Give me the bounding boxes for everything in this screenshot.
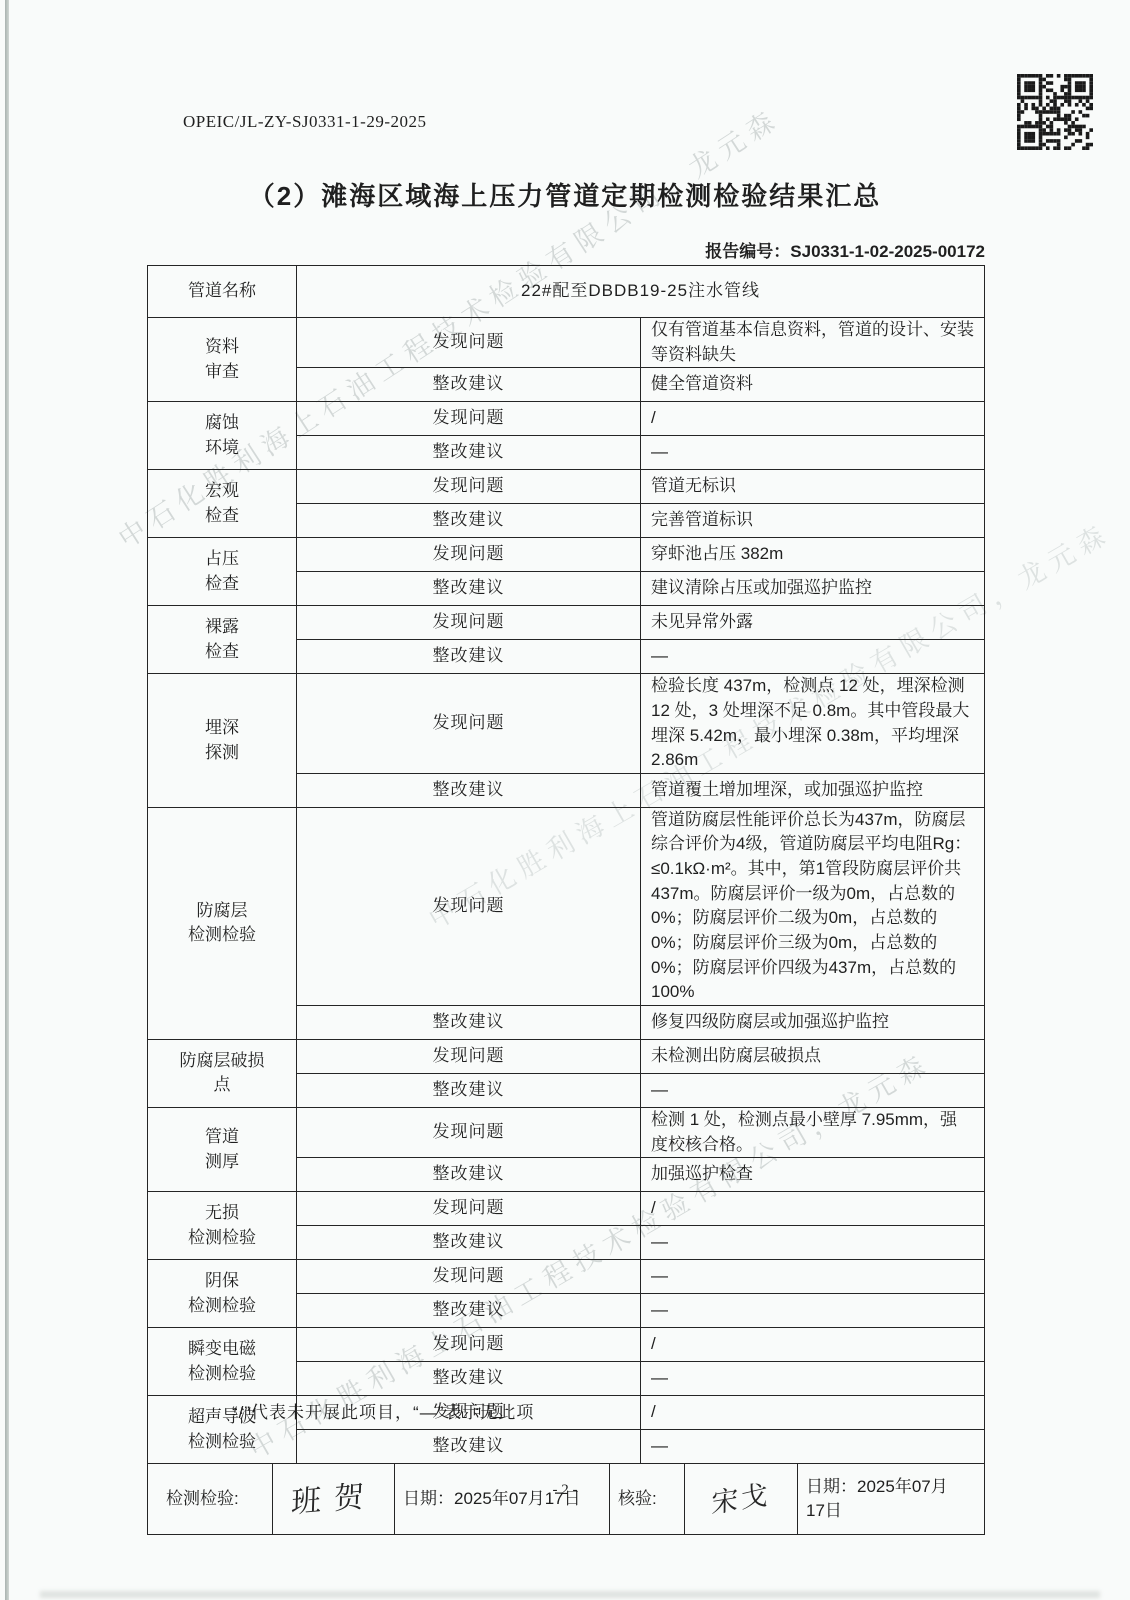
- table-row: 管道 测厚 发现问题 检测 1 处，检测点最小壁厚 7.95mm，强度校核合格。: [148, 1107, 985, 1157]
- suggestion-value: —: [641, 1362, 985, 1396]
- suggestion-label: 整改建议: [297, 1005, 641, 1039]
- section-label: 管道 测厚: [148, 1107, 297, 1191]
- problem-label: 发现问题: [297, 606, 641, 640]
- table-row: 腐蚀 环境 发现问题 /: [148, 402, 985, 436]
- suggestion-value: —: [641, 436, 985, 470]
- suggestion-value: 建议清除占压或加强巡护监控: [641, 572, 985, 606]
- suggestion-label: 整改建议: [297, 640, 641, 674]
- problem-value: /: [641, 1192, 985, 1226]
- problem-value: 管道防腐层性能评价总长为437m，防腐层综合评价为4级，管道防腐层平均电阻Rg：…: [641, 807, 985, 1005]
- section-label: 埋深 探测: [148, 674, 297, 808]
- signoff-row: 检测检验: 班贺 日期：2025年07月17日 核验: 宋戈 日期：2025年0…: [148, 1464, 985, 1535]
- inspector-label: 检测检验:: [158, 1464, 272, 1534]
- table-row: 裸露 检查 发现问题 未见异常外露: [148, 606, 985, 640]
- suggestion-label: 整改建议: [297, 504, 641, 538]
- problem-label: 发现问题: [297, 1260, 641, 1294]
- suggestion-value: —: [641, 1430, 985, 1464]
- inspection-summary-table: 管道名称 22#配至DBDB19-25注水管线 资料 审查 发现问题 仅有管道基…: [147, 265, 985, 1535]
- section-label: 占压 检查: [148, 538, 297, 606]
- problem-value: 检验长度 437m，检测点 12 处，埋深检测 12 处，3 处埋深不足 0.8…: [641, 674, 985, 774]
- page-title: （2）滩海区域海上压力管道定期检测检验结果汇总: [0, 176, 1130, 213]
- problem-label: 发现问题: [297, 470, 641, 504]
- problem-label: 发现问题: [297, 1328, 641, 1362]
- problem-value: —: [641, 1260, 985, 1294]
- suggestion-value: 加强巡护检查: [641, 1158, 985, 1192]
- suggestion-value: —: [641, 1294, 985, 1328]
- section-label: 瞬变电磁 检测检验: [148, 1328, 297, 1396]
- suggestion-label: 整改建议: [297, 572, 641, 606]
- problem-value: /: [641, 402, 985, 436]
- table-row: 宏观 检查 发现问题 管道无标识: [148, 470, 985, 504]
- suggestion-value: 管道覆土增加埋深，或加强巡护监控: [641, 773, 985, 807]
- suggestion-label: 整改建议: [297, 1430, 641, 1464]
- problem-value: 管道无标识: [641, 470, 985, 504]
- problem-value: 检测 1 处，检测点最小壁厚 7.95mm，强度校核合格。: [641, 1107, 985, 1157]
- problem-value: 未见异常外露: [641, 606, 985, 640]
- table-row: 无损 检测检验 发现问题 /: [148, 1192, 985, 1226]
- problem-label: 发现问题: [297, 1107, 641, 1157]
- section-label: 防腐层 检测检验: [148, 807, 297, 1039]
- suggestion-value: 完善管道标识: [641, 504, 985, 538]
- document-code: OPEIC/JL-ZY-SJ0331-1-29-2025: [183, 112, 427, 132]
- problem-value: 未检测出防腐层破损点: [641, 1039, 985, 1073]
- suggestion-value: —: [641, 640, 985, 674]
- suggestion-value: 健全管道资料: [641, 368, 985, 402]
- qr-code-icon: [1017, 74, 1093, 150]
- pipeline-name-row: 管道名称 22#配至DBDB19-25注水管线: [148, 266, 985, 318]
- section-label: 宏观 检查: [148, 470, 297, 538]
- table-row: 瞬变电磁 检测检验 发现问题 /: [148, 1328, 985, 1362]
- section-label: 资料 审查: [148, 318, 297, 402]
- table-row: 埋深 探测 发现问题 检验长度 437m，检测点 12 处，埋深检测 12 处，…: [148, 674, 985, 774]
- suggestion-label: 整改建议: [297, 1362, 641, 1396]
- table-row: 防腐层 检测检验 发现问题 管道防腐层性能评价总长为437m，防腐层综合评价为4…: [148, 807, 985, 1005]
- problem-label: 发现问题: [297, 402, 641, 436]
- suggestion-label: 整改建议: [297, 1073, 641, 1107]
- suggestion-label: 整改建议: [297, 1226, 641, 1260]
- suggestion-label: 整改建议: [297, 1158, 641, 1192]
- page-number: - 2 -: [0, 1482, 1130, 1499]
- problem-label: 发现问题: [297, 1039, 641, 1073]
- problem-label: 发现问题: [297, 674, 641, 774]
- problem-label: 发现问题: [297, 318, 641, 368]
- problem-label: 发现问题: [297, 807, 641, 1005]
- problem-value: 穿虾池占压 382m: [641, 538, 985, 572]
- suggestion-value: —: [641, 1226, 985, 1260]
- table-row: 防腐层破损 点 发现问题 未检测出防腐层破损点: [148, 1039, 985, 1073]
- legend-footnote: “/”代表未开展此项目，“—”表示无此项: [232, 1398, 534, 1423]
- problem-value: /: [641, 1328, 985, 1362]
- section-label: 阴保 检测检验: [148, 1260, 297, 1328]
- section-label: 防腐层破损 点: [148, 1039, 297, 1107]
- suggestion-value: 修复四级防腐层或加强巡护监控: [641, 1005, 985, 1039]
- suggestion-label: 整改建议: [297, 368, 641, 402]
- suggestion-label: 整改建议: [297, 773, 641, 807]
- pipeline-name-value: 22#配至DBDB19-25注水管线: [297, 266, 985, 318]
- problem-value: /: [641, 1396, 985, 1430]
- suggestion-label: 整改建议: [297, 1294, 641, 1328]
- report-number: 报告编号：SJ0331-1-02-2025-00172: [0, 237, 985, 262]
- section-label: 裸露 检查: [148, 606, 297, 674]
- problem-label: 发现问题: [297, 1192, 641, 1226]
- table-row: 资料 审查 发现问题 仅有管道基本信息资料，管道的设计、安装等资料缺失: [148, 318, 985, 368]
- suggestion-label: 整改建议: [297, 436, 641, 470]
- problem-value: 仅有管道基本信息资料，管道的设计、安装等资料缺失: [641, 318, 985, 368]
- problem-label: 发现问题: [297, 538, 641, 572]
- verifier-label: 核验:: [609, 1464, 684, 1534]
- verifier-date: 日期：2025年07月17日: [797, 1464, 974, 1534]
- section-label: 腐蚀 环境: [148, 402, 297, 470]
- section-label: 无损 检测检验: [148, 1192, 297, 1260]
- suggestion-value: —: [641, 1073, 985, 1107]
- table-row: 阴保 检测检验 发现问题 —: [148, 1260, 985, 1294]
- inspector-date: 日期：2025年07月17日: [394, 1464, 609, 1534]
- table-row: 占压 检查 发现问题 穿虾池占压 382m: [148, 538, 985, 572]
- scan-bottom-edge: [40, 1591, 1100, 1598]
- pipeline-name-label: 管道名称: [148, 266, 297, 318]
- scanned-report-page: 中石化胜利海上石油工程技术检验有限公司，龙元森 中石化胜利海上石油工程技术检验有…: [0, 0, 1130, 1600]
